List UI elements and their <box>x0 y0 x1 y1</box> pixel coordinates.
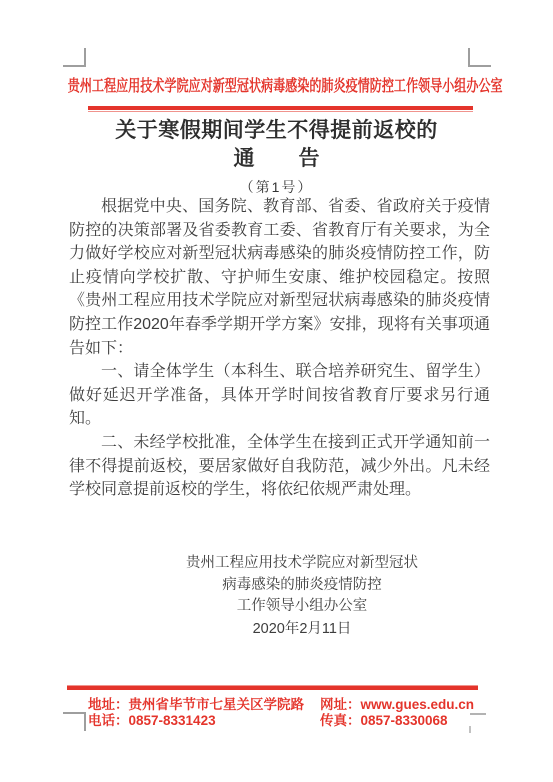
footer-address: 地址：贵州省毕节市七星关区学院路 <box>88 697 304 713</box>
footer-contact: 地址：贵州省毕节市七星关区学院路 电话：0857-8331423 网址：www.… <box>88 697 474 729</box>
signature-date: 2020年2月11日 <box>148 619 456 641</box>
document-body: 根据党中央、国务院、教育部、省委、省政府关于疫情防控的决策部署及省委教育工委、省… <box>69 195 490 502</box>
footer-fax: 传真：0857-8330068 <box>320 713 474 729</box>
letterhead-office-name: 贵州工程应用技术学院应对新型冠状病毒感染的肺炎疫情防控工作领导小组办公室 <box>68 73 486 96</box>
document-number: （第1号） <box>0 177 553 197</box>
footer-left-column: 地址：贵州省毕节市七星关区学院路 电话：0857-8331423 <box>88 697 304 729</box>
crop-mark-bottom-left-icon <box>63 712 86 731</box>
body-paragraph: 根据党中央、国务院、教育部、省委、省政府关于疫情防控的决策部署及省委教育工委、省… <box>69 195 490 360</box>
signature-line: 工作领导小组办公室 <box>148 596 456 618</box>
signature-line: 病毒感染的肺炎疫情防控 <box>148 575 456 597</box>
document-title-line1: 关于寒假期间学生不得提前返校的 <box>0 118 553 144</box>
crop-mark-top-right-icon <box>468 48 491 67</box>
title-block: 关于寒假期间学生不得提前返校的 通 告 （第1号） <box>0 118 553 197</box>
signature-line: 贵州工程应用技术学院应对新型冠状 <box>148 553 456 575</box>
document-title-line2: 通 告 <box>0 146 553 172</box>
letterhead-divider <box>88 106 473 112</box>
footer-website: 网址：www.gues.edu.cn <box>320 697 474 713</box>
signature-block: 贵州工程应用技术学院应对新型冠状 病毒感染的肺炎疫情防控 工作领导小组办公室 2… <box>148 553 456 640</box>
footer-divider <box>67 685 478 690</box>
body-paragraph: 二、未经学校批准，全体学生在接到正式开学通知前一律不得提前返校，要居家做好自我防… <box>69 431 490 502</box>
body-paragraph: 一、请全体学生（本科生、联合培养研究生、留学生）做好延迟开学准备，具体开学时间按… <box>69 360 490 431</box>
footer-phone: 电话：0857-8331423 <box>88 713 304 729</box>
crop-mark-top-left-icon <box>63 48 86 67</box>
footer-right-column: 网址：www.gues.edu.cn 传真：0857-8330068 <box>320 697 474 729</box>
document-page: 贵州工程应用技术学院应对新型冠状病毒感染的肺炎疫情防控工作领导小组办公室 关于寒… <box>0 0 553 782</box>
